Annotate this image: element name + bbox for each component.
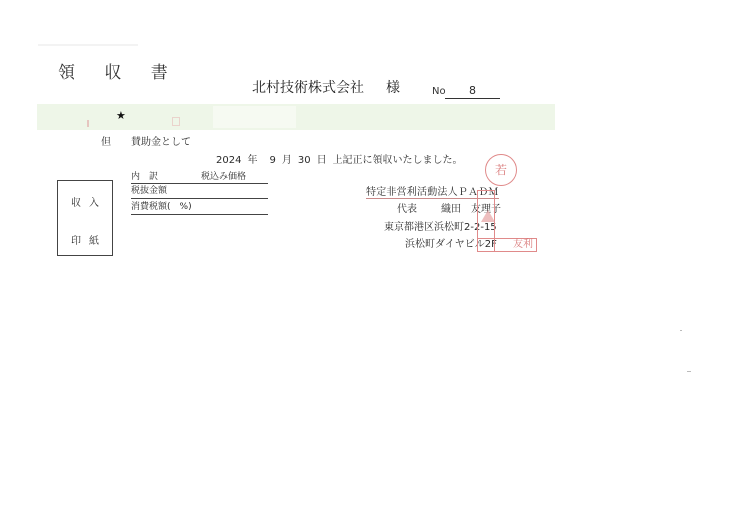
band-mark [172,117,180,126]
scan-speck [687,371,691,372]
star-icon: ★ [116,109,126,122]
date-month: 9 [269,155,275,166]
recipient-name: 北村技術株式会社 [252,80,364,96]
breakdown-header: 内 訳 税込み価格 [131,172,268,184]
receipt-number-label: No [432,86,446,97]
receipt-title: 領 収 書 [58,58,180,83]
purpose-value: 賛助金として [131,133,191,148]
recipient-honorific: 様 [386,80,400,96]
date-line: 2024年9月30日上記正に領収いたしました。 [216,151,469,166]
date-day-unit: 日 [317,155,327,166]
amount-band [37,104,555,130]
receipt-statement: 上記正に領収いたしました。 [333,155,463,166]
round-seal-icon: 若 [485,154,517,186]
band-mark [87,120,89,127]
date-year-unit: 年 [247,155,257,166]
issuer-rep-title: 代表 [397,204,417,215]
breakdown-row: 消費税額( %) [131,200,268,215]
recipient: 北村技術株式会社様 [252,77,400,97]
scan-speck [680,330,682,331]
purpose-label: 但 [101,133,111,148]
receipt-number-value: 8 [445,84,500,99]
breakdown-row-label: 消費税額( %) [131,202,192,212]
breakdown-header-item: 内 訳 [131,172,158,183]
amount-band-field [213,106,296,128]
breakdown-row: 税抜金額 [131,184,268,199]
revenue-stamp-label-1: 収入 [57,194,113,209]
breakdown-header-price: 税込み価格 [201,172,246,183]
scan-artifact [38,44,138,46]
date-day: 30 [298,155,311,166]
date-month-unit: 月 [282,155,292,166]
date-year: 2024 [216,155,241,166]
breakdown-row-label: 税抜金額 [131,186,167,196]
revenue-stamp-label-2: 印紙 [57,232,113,247]
seal-mark-icon [481,210,495,222]
square-seal-text: 友利 [477,238,537,252]
